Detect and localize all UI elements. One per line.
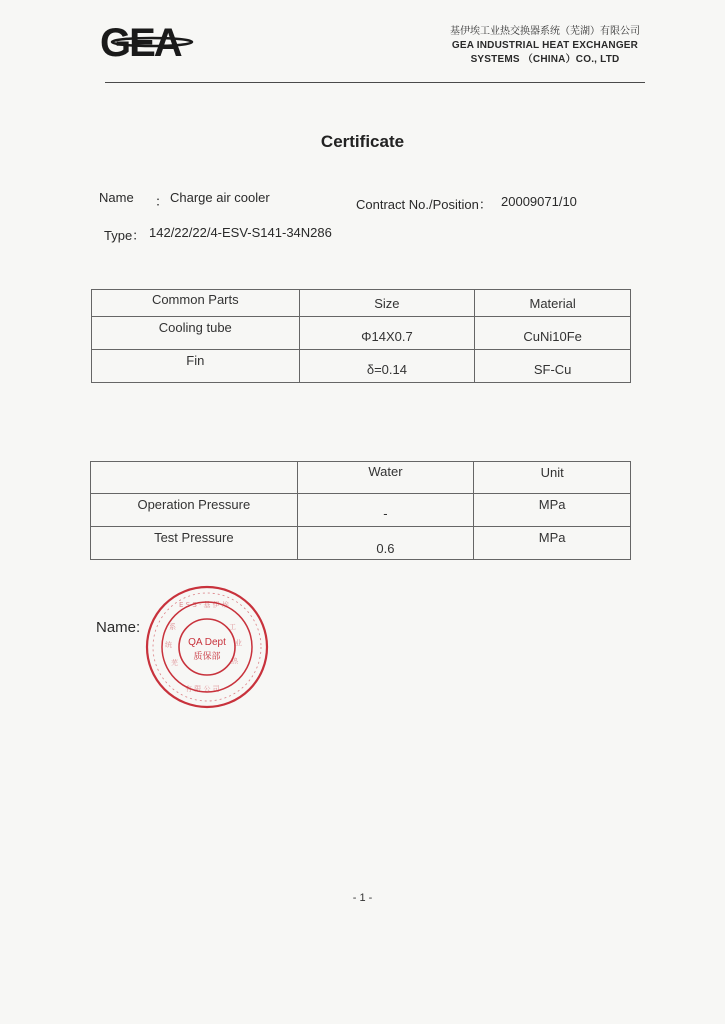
header-divider [105,82,645,83]
svg-text:统: 统 [165,640,172,649]
company-name-cn: 基伊埃工业热交换器系统（芜湖）有限公司 [450,25,640,39]
header-cell: Material [475,290,631,317]
svg-text:芜: 芜 [171,658,178,667]
company-name-en-1: GEA INDUSTRIAL HEAT EXCHANGER [450,39,640,53]
page-title: Certificate [0,132,725,152]
company-name-en-2: SYSTEMS （CHINA）CO., LTD [450,53,640,67]
part-name-cell: Fin [92,350,300,383]
table-header-row: Common Parts Size Material [92,290,631,317]
header-cell: Water [297,462,474,494]
common-parts-table: Common Parts Size Material Cooling tube … [91,289,631,383]
water-value-cell: - [297,494,474,527]
type-value: 142/22/22/4-ESV-S141-34N286 [149,225,332,240]
table-header-row: Water Unit [91,462,631,494]
pressure-table: Water Unit Operation Pressure - MPa Test… [90,461,631,560]
stamp-center-text-1: QA Dept [188,637,226,648]
svg-text:E S S · 基 伊 埃: E S S · 基 伊 埃 [179,600,230,609]
stamp-center-text-2: 质保部 [193,650,220,662]
gea-logo: GEA [100,22,215,62]
pressure-name-cell: Operation Pressure [91,494,298,527]
header-cell: Size [299,290,475,317]
unit-cell: MPa [474,494,631,527]
header-cell: Common Parts [92,290,300,317]
table-row: Cooling tube Φ14X0.7 CuNi10Fe [92,317,631,350]
pressure-name-cell: Test Pressure [91,527,298,560]
size-cell: δ=0.14 [299,350,475,383]
material-cell: SF-Cu [475,350,631,383]
name-label: Name [99,190,134,205]
name-value: Charge air cooler [170,190,270,205]
svg-text:工: 工 [229,623,236,631]
water-value-cell: 0.6 [297,527,474,560]
svg-text:业: 业 [235,638,242,647]
size-cell: Φ14X0.7 [299,317,475,350]
header-cell [91,462,298,494]
table-row: Test Pressure 0.6 MPa [91,527,631,560]
svg-text:热: 热 [231,656,239,665]
table-row: Operation Pressure - MPa [91,494,631,527]
company-info: 基伊埃工业热交换器系统（芜湖）有限公司 GEA INDUSTRIAL HEAT … [450,25,640,67]
header-cell: Unit [474,462,631,494]
svg-text:有 限 公 司: 有 限 公 司 [185,684,220,693]
name-separator: ： [155,191,168,210]
material-cell: CuNi10Fe [475,317,631,350]
part-name-cell: Cooling tube [92,317,300,350]
qa-dept-stamp: E S S · 基 伊 埃 工业热 系统芜 有 限 公 司 QA Dept 质保… [145,585,270,710]
page-number: - 1 - [0,892,725,904]
svg-text:系: 系 [169,622,176,631]
contract-label: Contract No./Position： [356,194,492,213]
unit-cell: MPa [474,527,631,560]
type-label: Type： [104,225,145,244]
signature-label: Name: [96,619,140,636]
table-row: Fin δ=0.14 SF-Cu [92,350,631,383]
contract-value: 20009071/10 [501,194,577,209]
